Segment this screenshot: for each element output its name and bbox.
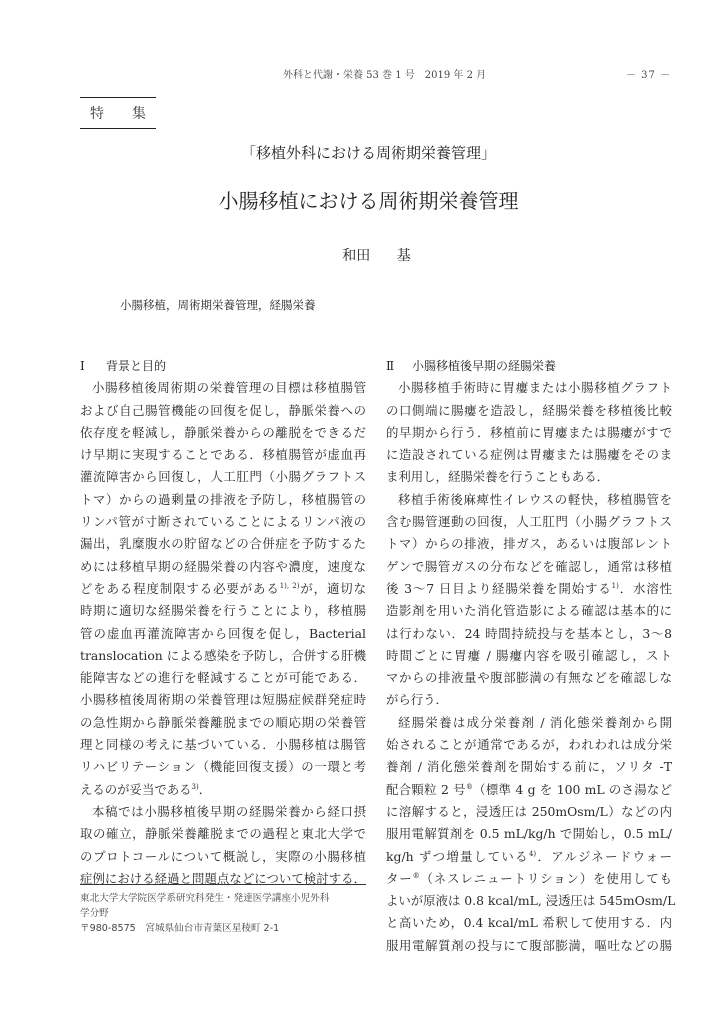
body-text: 配合顆粒 2 号 (386, 782, 466, 797)
body-line: に溶解すると，浸透圧は 250mOsm/L）などの内 (386, 801, 672, 823)
body-line: け早期に実現することである．移植腸管が虚血再 (80, 444, 366, 466)
section-number: Ⅰ (80, 355, 106, 377)
body-line: 時間ごとに胃瘻 / 腸瘻内容を吸引確認し，スト (386, 645, 672, 667)
body-line: 始されることが通常であるが，われわれは成分栄 (386, 734, 672, 756)
section-heading-1: Ⅰ背景と目的 (80, 355, 366, 377)
body-line: は行わない．24 時間持続投与を基本とし，3～8 (386, 623, 672, 645)
journal-citation: 外科と代謝・栄養 53 巻 1 号 2019 年 2 月 (283, 66, 486, 81)
body-text: どをある程度制限する必要がある (80, 581, 280, 596)
body-line: translocation による感染を予防し，合併する肝機 (80, 645, 366, 667)
body-text: えるのが妥当である (80, 782, 192, 797)
body-text: （標準 4 g を 100 mL のさ湯など (473, 782, 672, 797)
body-line: めには移植早期の経腸栄養の内容や濃度，速度な (80, 556, 366, 578)
body-text: ．水溶性 (619, 581, 672, 596)
body-line: リンパ管が寸断されていることによるリンパ液の (80, 511, 366, 533)
registered-mark: ® (466, 783, 473, 791)
body-line-with-citation: どをある程度制限する必要がある1), 2)が，適切な (80, 578, 366, 600)
body-line: マからの排液量や腹部膨満の有無などを確認しな (386, 667, 672, 689)
feature-label-char-1: 特 (90, 103, 104, 123)
body-line: 本稿では小腸移植後早期の経腸栄養から経口摂 (80, 801, 366, 823)
section-title: 小腸移植後早期の経腸栄養 (412, 359, 556, 373)
body-line: 経腸栄養は成分栄養剤 / 消化態栄養剤から開 (386, 712, 672, 734)
body-line: リハビリテーション（機能回復支援）の一環と考 (80, 756, 366, 778)
body-line: 的早期から行う．移植前に胃瘻または腸瘻がすで (386, 422, 672, 444)
body-text: 後 3～7 日目より経腸栄養を開始する (386, 581, 612, 596)
section-title: 背景と目的 (106, 359, 166, 373)
body-line: 含む腸管運動の回復，人工肛門（小腸グラフトス (386, 511, 672, 533)
body-line: 症例における経過と問題点などについて検討する． (80, 868, 366, 890)
affiliation-line: 学分野 (80, 906, 370, 921)
left-column: Ⅰ背景と目的 小腸移植後周術期の栄養管理の目標は移植腸管 および自己腸管機能の回… (80, 355, 366, 890)
affiliation-line: 東北大学大学院医学系研究科発生・発達医学講座小児外科 (80, 891, 370, 906)
body-line: 養剤 / 消化態栄養剤を開始する前に，ソリタ -T (386, 756, 672, 778)
body-line: および自己腸管機能の回復を促し，静脈栄養への (80, 400, 366, 422)
body-line: ま利用し，経腸栄養を行うこともある． (386, 466, 672, 488)
body-line-with-citation: kg/h ずつ増量している4)．アルジネードウォー (386, 846, 672, 868)
body-text: ． (199, 782, 211, 797)
body-line: 依存度を軽減し，静脈栄養からの離脱をできるだ (80, 422, 366, 444)
body-line: 服用電解質剤の投与にて腹部膨満，嘔吐などの腸 (386, 935, 672, 957)
body-line-with-trademark: ター®（ネスレニュートリション）を使用しても (386, 868, 672, 890)
affiliation-address: 〒980-8575 宮城県仙台市青葉区星稜町 2-1 (80, 921, 370, 936)
affiliation-divider (80, 884, 366, 885)
body-line: の急性期から静脈栄養離脱までの順応期の栄養管 (80, 712, 366, 734)
keywords: 小腸移植，周術期栄養管理，経腸栄養 (120, 297, 316, 313)
body-line: トマ）からの過剰量の排液を予防し，移植腸管の (80, 489, 366, 511)
body-line-with-citation: 後 3～7 日目より経腸栄養を開始する1)．水溶性 (386, 578, 672, 600)
body-line: のプロトコールについて概説し，実際の小腸移植 (80, 846, 366, 868)
body-text: が，適切な (299, 581, 366, 596)
page-number: － 37 － (626, 66, 671, 81)
body-text: ．アルジネードウォー (536, 849, 672, 864)
body-line: と高いため，0.4 kcal/mL 希釈して使用する．内 (386, 912, 672, 934)
author-affiliation: 東北大学大学院医学系研究科発生・発達医学講座小児外科 学分野 〒980-8575… (80, 891, 370, 936)
citation-ref: 1) (612, 582, 619, 590)
body-line: 服用電解質剤を 0.5 mL/kg/h で開始し，0.5 mL/ (386, 823, 672, 845)
registered-mark: ® (413, 872, 420, 880)
body-line: よいが原液は 0.8 kcal/mL, 浸透圧は 545mOsm/L (386, 890, 672, 912)
body-line: トマ）からの排液，排ガス，あるいは腹部レント (386, 533, 672, 555)
body-line: 管の虚血再灌流障害から回復を促し，Bacterial (80, 623, 366, 645)
body-line: ゲンで腸管ガスの分布などを確認し，通常は移植 (386, 556, 672, 578)
body-line: 小腸移植後周術期の栄養管理は短腸症候群発症時 (80, 689, 366, 711)
section-number: Ⅱ (386, 355, 412, 377)
feature-label-char-2: 集 (132, 103, 146, 123)
body-line: 造影剤を用いた消化管造影による確認は基本的に (386, 600, 672, 622)
body-text: ター (386, 871, 413, 886)
body-line: 漏出，乳糜腹水の貯留などの合併症を予防するた (80, 533, 366, 555)
body-line-with-trademark: 配合顆粒 2 号®（標準 4 g を 100 mL のさ湯など (386, 779, 672, 801)
body-line-with-citation: えるのが妥当である3)． (80, 779, 366, 801)
body-line: 理と同様の考えに基づいている．小腸移植は腸管 (80, 734, 366, 756)
body-line: がら行う． (386, 689, 672, 711)
series-title: 「移植外科における周術期栄養管理」 (0, 142, 717, 163)
body-line: 小腸移植後周術期の栄養管理の目標は移植腸管 (80, 377, 366, 399)
article-title: 小腸移植における周術期栄養管理 (0, 185, 717, 214)
body-line: 灌流障害から回復し，人工肛門（小腸グラフトス (80, 466, 366, 488)
body-line: 時期に適切な経腸栄養を行うことにより，移植腸 (80, 600, 366, 622)
feature-label: 特 集 (80, 97, 156, 129)
body-line: 小腸移植手術時に胃瘻または小腸移植グラフト (386, 377, 672, 399)
section-heading-2: Ⅱ小腸移植後早期の経腸栄養 (386, 355, 672, 377)
body-text: （ネスレニュートリション）を使用しても (420, 871, 672, 886)
body-line: 移植手術後麻痺性イレウスの軽快，移植腸管を (386, 489, 672, 511)
body-line: 取の確立，静脈栄養離脱までの過程と東北大学で (80, 823, 366, 845)
right-column: Ⅱ小腸移植後早期の経腸栄養 小腸移植手術時に胃瘻または小腸移植グラフト の口側端… (386, 355, 672, 957)
citation-ref: 1), 2) (280, 582, 300, 590)
body-line: 能障害などの進行を軽減することが可能である． (80, 667, 366, 689)
body-line: に造設されている症例は胃瘻または腸瘻をそのま (386, 444, 672, 466)
body-text: kg/h ずつ増量している (386, 849, 529, 864)
citation-ref: 3) (192, 783, 199, 791)
body-line: の口側端に腸瘻を造設し，経腸栄養を移植後比較 (386, 400, 672, 422)
author-name: 和田 基 (0, 245, 717, 265)
